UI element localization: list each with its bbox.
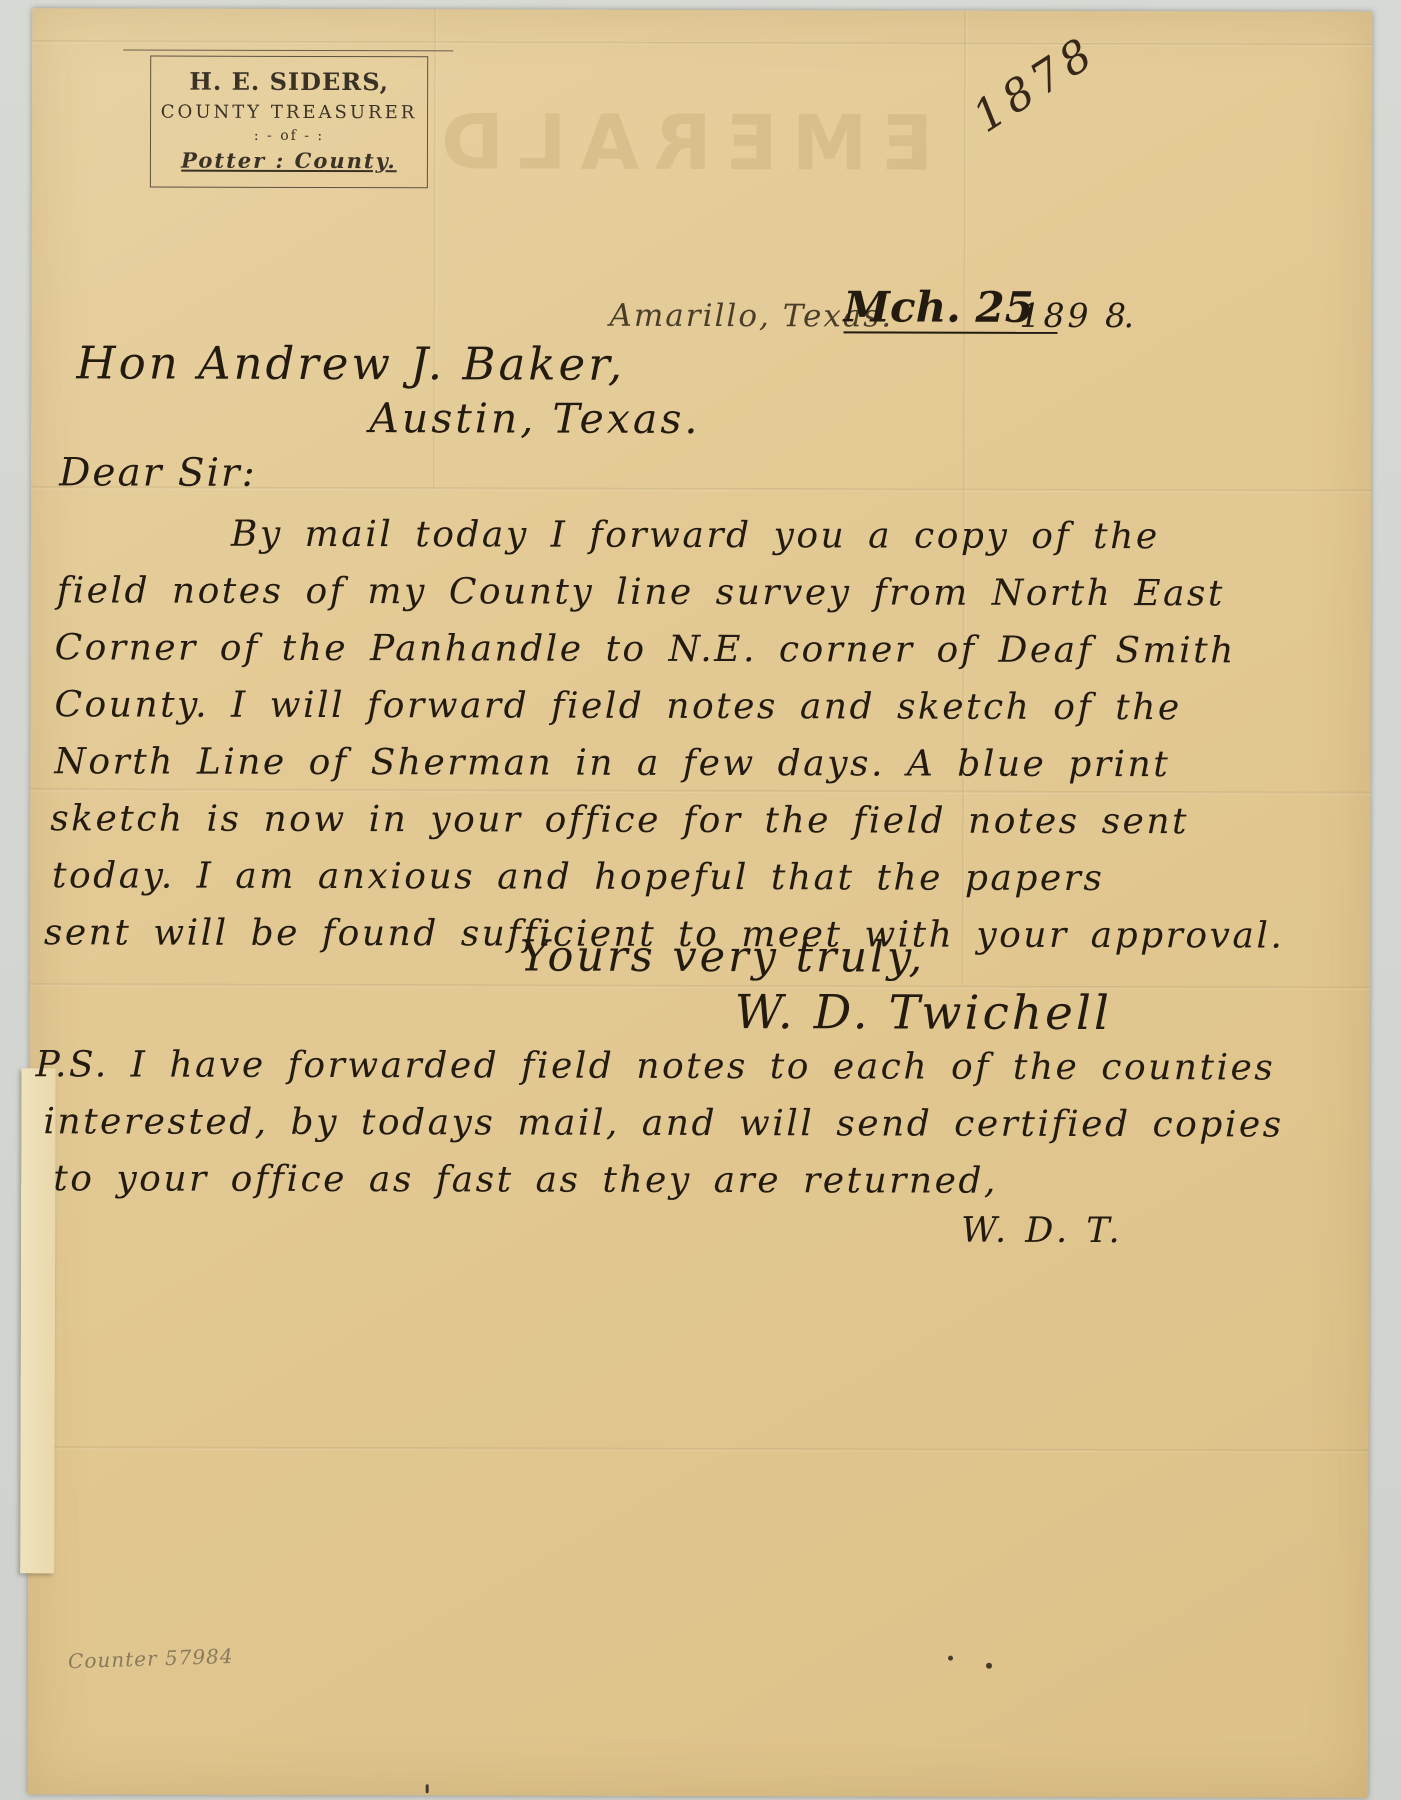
body-line: sketch is now in your office for the fie…: [50, 798, 1189, 842]
salutation: Dear Sir:: [59, 450, 257, 496]
fold-crease: [30, 983, 1370, 990]
letterhead-county: Potter : County.: [151, 148, 427, 174]
signature: W. D. Twichell: [735, 985, 1112, 1041]
body-line: today. I am anxious and hopeful that the…: [52, 855, 1104, 899]
body-line: By mail today I forward you a copy of th…: [231, 514, 1160, 557]
watermark-emerald: EMERALD: [427, 97, 934, 187]
ink-speck: [948, 1656, 953, 1661]
body-line: County. I will forward field notes and s…: [54, 684, 1181, 728]
letterhead-name: H. E. SIDERS,: [151, 67, 427, 97]
body-line: North Line of Sherman in a few days. A b…: [54, 741, 1170, 785]
fold-crease: [32, 40, 1372, 47]
ink-speck: [426, 1784, 429, 1793]
postscript-line: to your office as fast as they are retur…: [53, 1158, 998, 1201]
postscript-line: interested, by todays mail, and will sen…: [43, 1101, 1283, 1145]
dateline-period: .: [1123, 296, 1134, 335]
recipient-name: Hon Andrew J. Baker,: [76, 336, 625, 390]
letterhead-box: H. E. SIDERS, COUNTY TREASURER : - of - …: [150, 56, 428, 189]
postscript-initials: W. D. T.: [961, 1211, 1124, 1251]
pencil-archive-number: Counter 57984: [68, 1644, 234, 1673]
recipient-city: Austin, Texas.: [369, 394, 700, 443]
body-line: Corner of the Panhandle to N.E. corner o…: [55, 627, 1236, 671]
letterhead-of: : - of - :: [151, 128, 427, 145]
fold-crease: [29, 1446, 1369, 1453]
postscript-line: P.S. I have forwarded field notes to eac…: [36, 1044, 1276, 1088]
letterhead-title: COUNTY TREASURER: [151, 102, 427, 124]
body-line: field notes of my County line survey fro…: [57, 570, 1225, 614]
dateline-year: 189 8: [1019, 296, 1129, 335]
closing: Yours very truly,: [520, 932, 925, 983]
ink-speck: [986, 1663, 992, 1669]
letter-page: EMERALD H. E. SIDERS, COUNTY TREASURER :…: [28, 8, 1373, 1798]
fold-crease: [30, 788, 1370, 795]
under-sheet-edge: [20, 1068, 55, 1573]
